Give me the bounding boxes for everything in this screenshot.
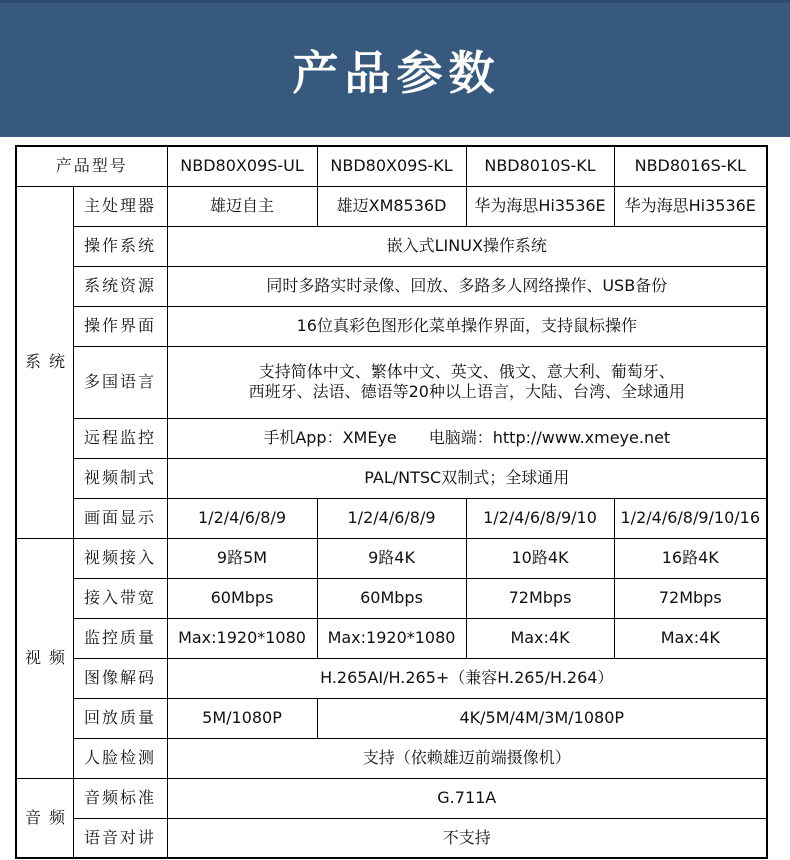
page-title: 产品参数 bbox=[290, 37, 501, 103]
spec-value-cell: 1/2/4/6/8/9 bbox=[167, 498, 317, 538]
category-video: 视频 bbox=[16, 538, 73, 778]
row-audio-standard: 音频 音频标准 G.711A bbox=[16, 778, 767, 818]
languages-line-2: 西班牙、法语、德语等20种以上语言，大陆、台湾、全球通用 bbox=[172, 382, 763, 402]
row-bandwidth: 接入带宽 60Mbps 60Mbps 72Mbps 72Mbps bbox=[16, 578, 767, 618]
row-playback: 回放质量 5M/1080P 4K/5M/4M/3M/1080P bbox=[16, 698, 767, 738]
spec-value-cell: 1/2/4/6/8/9/10/16 bbox=[614, 498, 767, 538]
languages-line-1: 支持简体中文、繁体中文、英文、俄文、意大利、葡萄牙、 bbox=[172, 362, 763, 382]
category-system: 系统 bbox=[16, 186, 73, 538]
spec-value-cell: 华为海思Hi3536E bbox=[614, 186, 767, 226]
spec-value-cell: 同时多路实时录像、回放、多路多人网络操作、USB备份 bbox=[167, 266, 767, 306]
spec-value-cell: 雄迈XM8536D bbox=[317, 186, 466, 226]
row-label-languages: 多国语言 bbox=[73, 346, 167, 418]
product-spec-table: 产品型号 NBD80X09S-UL NBD80X09S-KL NBD8010S-… bbox=[15, 145, 768, 859]
model-row-label: 产品型号 bbox=[16, 146, 167, 186]
spec-value-cell: 9路4K bbox=[317, 538, 466, 578]
row-label-face: 人脸检测 bbox=[73, 738, 167, 778]
row-label-resources: 系统资源 bbox=[73, 266, 167, 306]
row-label-os: 操作系统 bbox=[73, 226, 167, 266]
row-label-audio-standard: 音频标准 bbox=[73, 778, 167, 818]
spec-value-cell: 手机App：XMEye 电脑端：http://www.xmeye.net bbox=[167, 418, 767, 458]
row-label-playback: 回放质量 bbox=[73, 698, 167, 738]
row-cpu: 系统 主处理器 雄迈自主 雄迈XM8536D 华为海思Hi3536E 华为海思H… bbox=[16, 186, 767, 226]
row-standard: 视频制式 PAL/NTSC双制式；全球通用 bbox=[16, 458, 767, 498]
spec-value-cell: 雄迈自主 bbox=[167, 186, 317, 226]
row-ui: 操作界面 16位真彩色图形化菜单操作界面，支持鼠标操作 bbox=[16, 306, 767, 346]
spec-value-cell: 支持（依赖雄迈前端摄像机） bbox=[167, 738, 767, 778]
spec-value-cell: Max:4K bbox=[466, 618, 614, 658]
spec-value-cell: 9路5M bbox=[167, 538, 317, 578]
row-remote: 远程监控 手机App：XMEye 电脑端：http://www.xmeye.ne… bbox=[16, 418, 767, 458]
spec-value-cell: 16位真彩色图形化菜单操作界面，支持鼠标操作 bbox=[167, 306, 767, 346]
model-name-cell: NBD80X09S-UL bbox=[167, 146, 317, 186]
row-intercom: 语音对讲 不支持 bbox=[16, 818, 767, 858]
model-name-cell: NBD80X09S-KL bbox=[317, 146, 466, 186]
spec-value-cell: Max:4K bbox=[614, 618, 767, 658]
row-label-intercom: 语音对讲 bbox=[73, 818, 167, 858]
spec-value-cell: 16路4K bbox=[614, 538, 767, 578]
spec-value-cell: 60Mbps bbox=[167, 578, 317, 618]
spec-value-cell: 1/2/4/6/8/9/10 bbox=[466, 498, 614, 538]
row-face: 人脸检测 支持（依赖雄迈前端摄像机） bbox=[16, 738, 767, 778]
row-label-decode: 图像解码 bbox=[73, 658, 167, 698]
spec-value-cell: 不支持 bbox=[167, 818, 767, 858]
spec-value-cell: Max:1920*1080 bbox=[317, 618, 466, 658]
row-quality: 监控质量 Max:1920*1080 Max:1920*1080 Max:4K … bbox=[16, 618, 767, 658]
spec-value-cell: 72Mbps bbox=[614, 578, 767, 618]
model-name-cell: NBD8010S-KL bbox=[466, 146, 614, 186]
spec-value-cell: 5M/1080P bbox=[167, 698, 317, 738]
spec-value-cell: H.265AI/H.265+（兼容H.265/H.264） bbox=[167, 658, 767, 698]
row-resources: 系统资源 同时多路实时录像、回放、多路多人网络操作、USB备份 bbox=[16, 266, 767, 306]
spec-value-cell: 4K/5M/4M/3M/1080P bbox=[317, 698, 767, 738]
row-label-quality: 监控质量 bbox=[73, 618, 167, 658]
header-banner: 产品参数 bbox=[0, 0, 790, 137]
spec-value-cell: 60Mbps bbox=[317, 578, 466, 618]
spec-value-cell: 1/2/4/6/8/9 bbox=[317, 498, 466, 538]
model-name-cell: NBD8016S-KL bbox=[614, 146, 767, 186]
row-label-video-input: 视频接入 bbox=[73, 538, 167, 578]
row-display: 画面显示 1/2/4/6/8/9 1/2/4/6/8/9 1/2/4/6/8/9… bbox=[16, 498, 767, 538]
category-audio: 音频 bbox=[16, 778, 73, 858]
spec-value-cell: 华为海思Hi3536E bbox=[466, 186, 614, 226]
row-video-input: 视频 视频接入 9路5M 9路4K 10路4K 16路4K bbox=[16, 538, 767, 578]
row-label-bandwidth: 接入带宽 bbox=[73, 578, 167, 618]
row-decode: 图像解码 H.265AI/H.265+（兼容H.265/H.264） bbox=[16, 658, 767, 698]
row-model: 产品型号 NBD80X09S-UL NBD80X09S-KL NBD8010S-… bbox=[16, 146, 767, 186]
spec-value-cell: PAL/NTSC双制式；全球通用 bbox=[167, 458, 767, 498]
spec-value-cell: 72Mbps bbox=[466, 578, 614, 618]
row-label-remote: 远程监控 bbox=[73, 418, 167, 458]
spec-value-cell: G.711A bbox=[167, 778, 767, 818]
spec-value-cell: Max:1920*1080 bbox=[167, 618, 317, 658]
spec-value-cell: 嵌入式LINUX操作系统 bbox=[167, 226, 767, 266]
row-label-ui: 操作界面 bbox=[73, 306, 167, 346]
row-os: 操作系统 嵌入式LINUX操作系统 bbox=[16, 226, 767, 266]
row-label-standard: 视频制式 bbox=[73, 458, 167, 498]
spec-value-cell: 支持简体中文、繁体中文、英文、俄文、意大利、葡萄牙、 西班牙、法语、德语等20种… bbox=[167, 346, 767, 418]
row-languages: 多国语言 支持简体中文、繁体中文、英文、俄文、意大利、葡萄牙、 西班牙、法语、德… bbox=[16, 346, 767, 418]
row-label-display: 画面显示 bbox=[73, 498, 167, 538]
row-label-cpu: 主处理器 bbox=[73, 186, 167, 226]
spec-value-cell: 10路4K bbox=[466, 538, 614, 578]
